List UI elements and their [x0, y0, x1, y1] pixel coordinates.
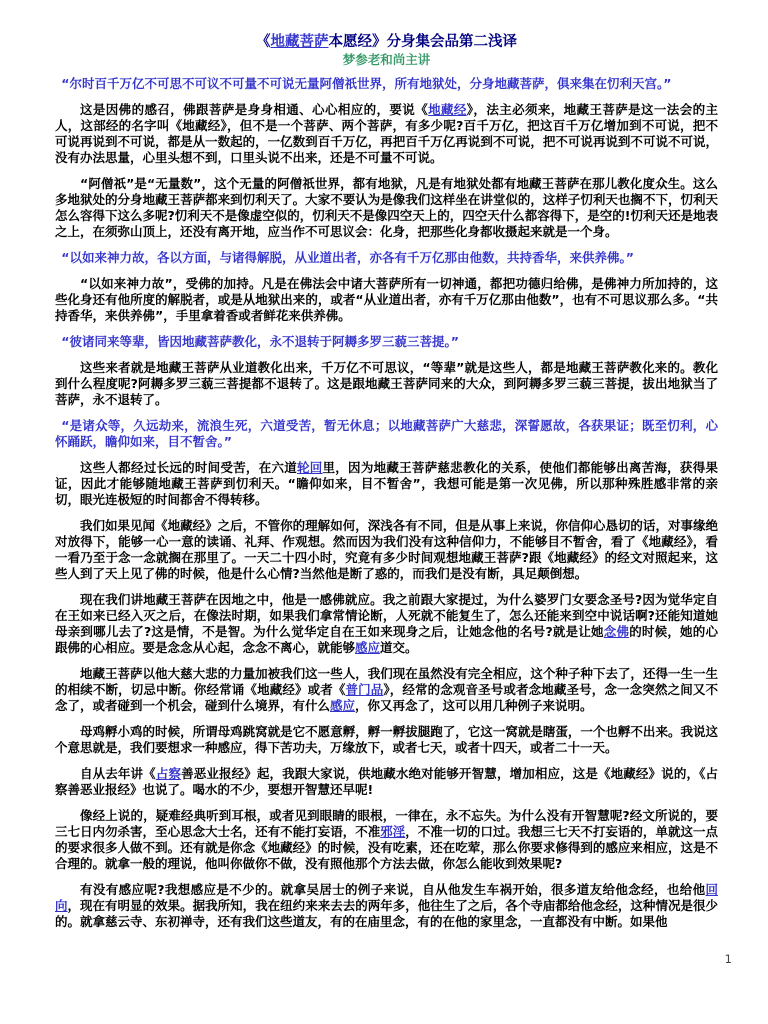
- text-run: “以如来神力故，各以方面，与诸得解脱，从业道出者，亦各有千万亿那由他数，共持香华…: [61, 250, 634, 265]
- commentary-10: 自从去年讲《占察善恶业报经》起，我跟大家说，供地藏水绝对能够开智慧，增加相应，这…: [55, 766, 718, 798]
- document-page: 《地藏菩萨本愿经》分身集会品第二浅译梦参老和尚主讲“尔时百千万亿不可思不可议不可…: [0, 0, 768, 1024]
- commentary-6: 我们如果见闻《地藏经》之后，不管你的理解如何，深浅各有不同，但是从事上来说，你信…: [55, 518, 718, 582]
- text-run: “尔时百千万亿不可思不可议不可量不可说无量阿僧祇世界，所有地狱处，分身地藏菩萨，…: [61, 76, 671, 91]
- commentary-12: 有没有感应呢?我想感应是不少的。就拿吴居士的例子来说，自从他发生车祸开始，很多道…: [55, 882, 718, 930]
- lecturer-line: 梦参老和尚主讲: [55, 52, 718, 68]
- text-run: “彼诸同来等辈，皆因地藏菩萨教化，永不退转于阿耨多罗三藐三菩提。”: [61, 334, 459, 349]
- inline-link[interactable]: 轮回: [297, 460, 323, 475]
- sutra-quote-2: “以如来神力故，各以方面，与诸得解脱，从业道出者，亦各有千万亿那由他数，共持香华…: [55, 250, 718, 266]
- text-run: ，现在有明显的效果。据我所知，我在纽约来来去去的两年多，他往生了之后，各个寺庙都…: [55, 898, 718, 929]
- text-run: 本愿经》分身集会品第二浅译: [329, 34, 518, 50]
- document-body: 《地藏菩萨本愿经》分身集会品第二浅译梦参老和尚主讲“尔时百千万亿不可思不可议不可…: [55, 33, 718, 930]
- commentary-1: 这是因佛的感召，佛跟菩萨是身身相通、心心相应的，要说《地藏经》，法主必须来，地藏…: [55, 102, 718, 166]
- commentary-2: “阿僧祇”是“无量数”，这个无量的阿僧祇世界，都有地狱，凡是有地狱处都有地藏王菩…: [55, 176, 718, 240]
- text-run: 母鸡孵小鸡的时候，所谓母鸡跳窝就是它不愿意孵，孵一孵拔腿跑了，它这一窝就是瞎蛋，…: [55, 724, 718, 755]
- text-run: 我们如果见闻《地藏经》之后，不管你的理解如何，深浅各有不同，但是从事上来说，你信…: [55, 518, 718, 581]
- sutra-quote-1: “尔时百千万亿不可思不可议不可量不可说无量阿僧祇世界，所有地狱处，分身地藏菩萨，…: [55, 76, 718, 92]
- text-run: 梦参老和尚主讲: [343, 52, 431, 67]
- text-run: “是诸众等，久远劫来，流浪生死，六道受苦，暂无休息；以地藏菩萨广大慈悲，深誓愿故…: [55, 418, 718, 449]
- inline-link[interactable]: 邪淫: [380, 824, 405, 839]
- inline-link[interactable]: 念佛: [604, 624, 629, 639]
- commentary-8: 地藏王菩萨以他大慈大悲的力量加被我们这一些人，我们现在虽然没有完全相应，这个种子…: [55, 666, 718, 714]
- sutra-quote-3: “彼诸同来等辈，皆因地藏菩萨教化，永不退转于阿耨多罗三藐三菩提。”: [55, 334, 718, 350]
- text-run: 这是因佛的感召，佛跟菩萨是身身相通、心心相应的，要说《: [80, 102, 428, 117]
- text-run: 这些来者就是地藏王菩萨从业道教化出来，千万亿不可思议，“等辈”就是这些人，都是地…: [55, 360, 718, 407]
- inline-link[interactable]: 感应: [355, 640, 380, 655]
- page-number: 1: [725, 952, 732, 966]
- inline-link[interactable]: 占察: [156, 766, 181, 781]
- text-run: 有没有感应呢?我想感应是不少的。就拿吴居士的例子来说，自从他发生车祸开始，很多道…: [80, 882, 705, 897]
- inline-link[interactable]: 地藏菩萨: [271, 34, 329, 50]
- text-run: 这些人都经过长远的时间受苦，在六道: [80, 460, 297, 475]
- commentary-4: 这些来者就是地藏王菩萨从业道教化出来，千万亿不可思议，“等辈”就是这些人，都是地…: [55, 360, 718, 408]
- inline-link[interactable]: 普门品: [345, 682, 383, 697]
- commentary-9: 母鸡孵小鸡的时候，所谓母鸡跳窝就是它不愿意孵，孵一孵拔腿跑了，它这一窝就是瞎蛋，…: [55, 724, 718, 756]
- commentary-3: “以如来神力故”，受佛的加持。凡是在佛法会中诸大菩萨所有一切神通，都把功德归给佛…: [55, 276, 718, 324]
- commentary-11: 像经上说的，疑难经典听到耳根，或者见到眼睛的眼根，一律在，永不忘失。为什么没有开…: [55, 808, 718, 872]
- commentary-5: 这些人都经过长远的时间受苦，在六道轮回里，因为地藏王菩萨慈悲教化的关系，使他们都…: [55, 460, 718, 508]
- text-run: “以如来神力故”，受佛的加持。凡是在佛法会中诸大菩萨所有一切神通，都把功德归给佛…: [55, 276, 718, 323]
- commentary-7: 现在我们讲地藏王菩萨在因地之中，他是一感佛就应。我之前跟大家提过，为什么婆罗门女…: [55, 592, 718, 656]
- inline-link[interactable]: 地藏经: [428, 102, 467, 117]
- inline-link[interactable]: 感应: [330, 698, 355, 713]
- text-run: ，你又再念了，这可以用几种例子来说明。: [355, 698, 593, 713]
- doc-title: 《地藏菩萨本愿经》分身集会品第二浅译: [55, 33, 718, 51]
- text-run: “阿僧祇”是“无量数”，这个无量的阿僧祇世界，都有地狱，凡是有地狱处都有地藏王菩…: [55, 176, 718, 239]
- text-run: 《: [256, 34, 271, 50]
- text-run: 自从去年讲《: [80, 766, 156, 781]
- text-run: 道交。: [380, 640, 418, 655]
- sutra-quote-4: “是诸众等，久远劫来，流浪生死，六道受苦，暂无休息；以地藏菩萨广大慈悲，深誓愿故…: [55, 418, 718, 450]
